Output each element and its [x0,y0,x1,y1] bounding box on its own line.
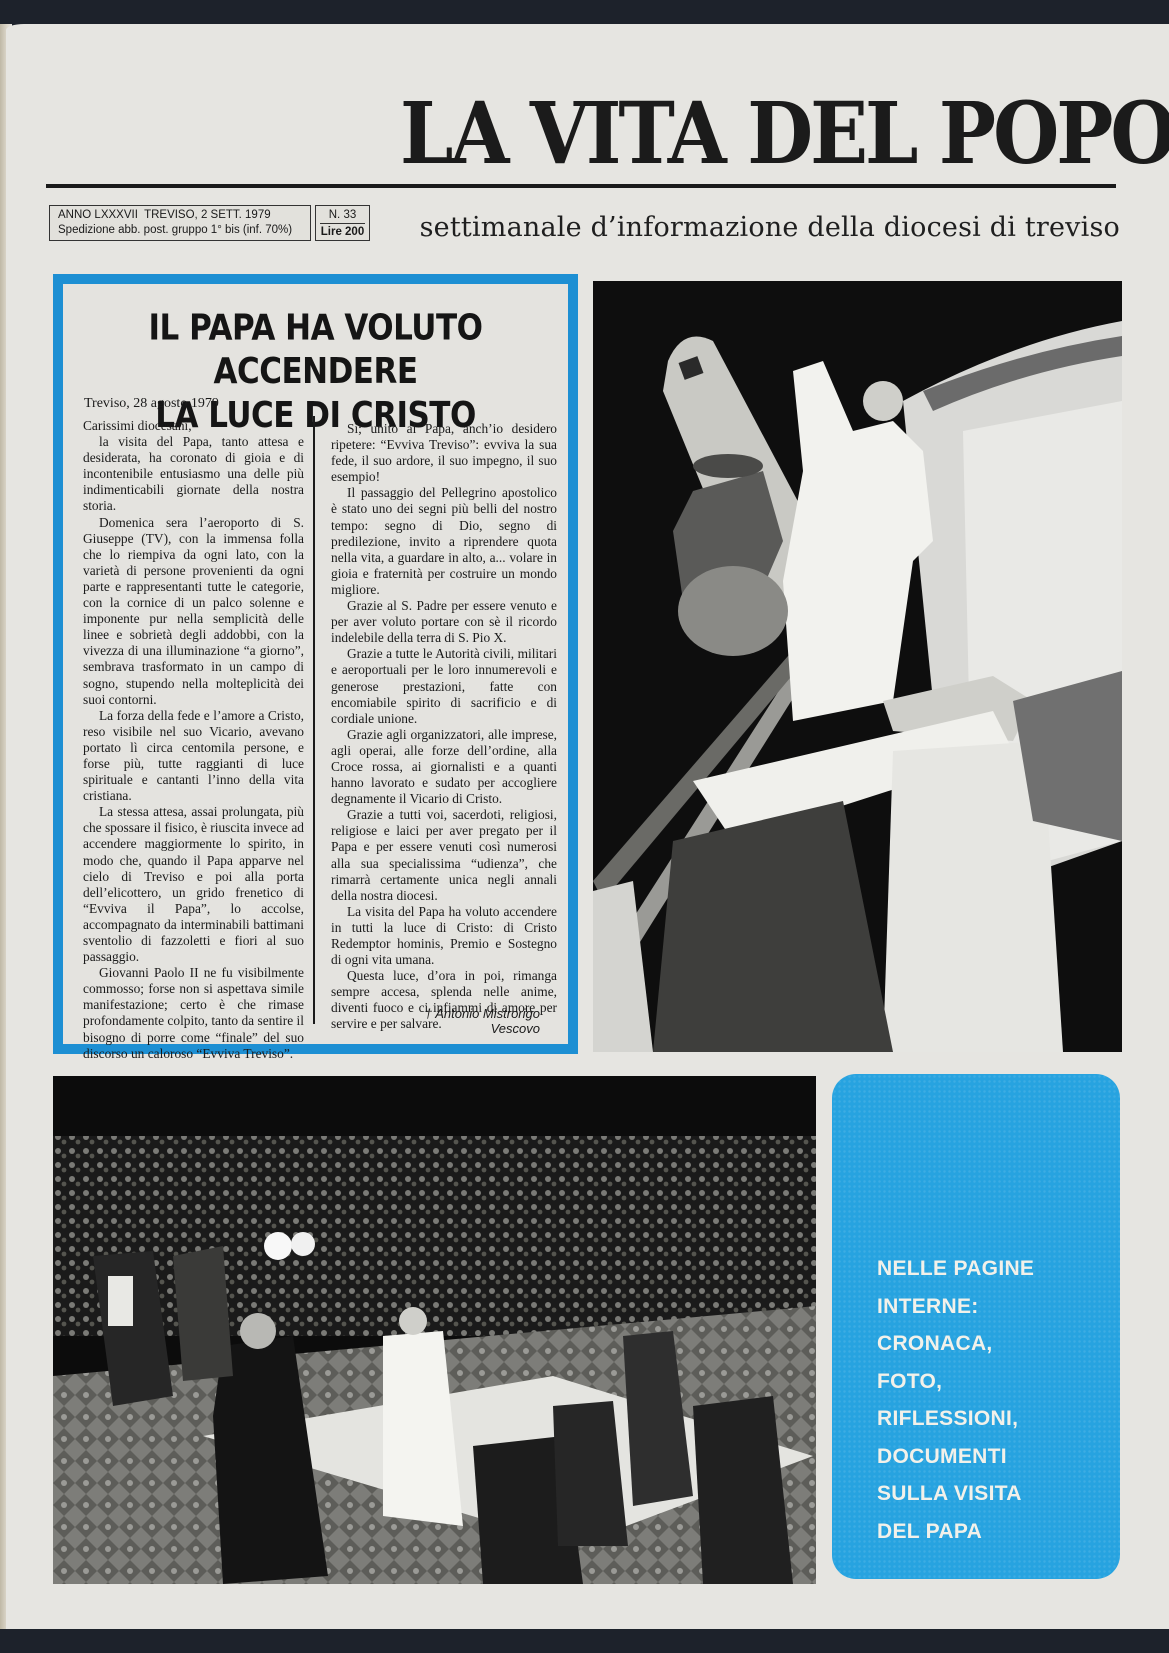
paragraph: Il passaggio del Pellegrino apostolico è… [331,485,557,598]
headline-line-1: IL PAPA HA VOLUTO ACCENDERE [63,306,568,393]
promo-line: INTERNE: [877,1288,1034,1326]
article-signature: † Antonio Mistrorigo Vescovo [425,1006,540,1036]
paragraph: Grazie agli organizzatori, alle imprese,… [331,727,557,807]
paragraph: Giovanni Paolo II ne fu visibilmente com… [83,965,304,1062]
promo-line: RIFLESSIONI, [877,1400,1034,1438]
issue-number: N. 33 [320,207,365,224]
column-divider [313,416,315,1024]
issue-price: Lire 200 [316,224,369,240]
promo-line: CRONACA, [877,1325,1034,1363]
paragraph: Sì; unito al Papa, anch’io desidero ripe… [331,421,557,485]
issue-line-1: ANNO LXXXVII TREVISO, 2 SETT. 1979 [58,208,310,223]
masthead-title: LA VITA DEL POPOLO [400,80,1120,186]
paragraph: Grazie a tutti voi, sacerdoti, religiosi… [331,807,557,904]
paragraph: La forza della fede e l’amore a Cristo, … [83,708,304,805]
promo-line: FOTO, [877,1363,1034,1401]
masthead-rule [46,184,1116,188]
photo-pope-with-crowd-image [53,1076,816,1584]
promo-text: NELLE PAGINE INTERNE: CRONACA, FOTO, RIF… [877,1250,1034,1550]
signature-title: Vescovo [425,1021,540,1036]
paragraph: Grazie al S. Padre per essere venuto e p… [331,598,557,646]
photo-pope-at-aircraft-image [593,281,1122,1052]
salutation: Carissimi diocesani, [83,418,304,434]
article-body: IL PAPA HA VOLUTO ACCENDERE LA LUCE DI C… [63,284,568,1044]
article-column-1: Carissimi diocesani, la visita del Papa,… [83,418,304,1062]
issue-info-box: ANNO LXXXVII TREVISO, 2 SETT. 1979 Spedi… [49,205,311,241]
paragraph: La stessa attesa, assai prolungata, più … [83,804,304,965]
article-column-2: Sì; unito al Papa, anch’io desidero ripe… [331,421,557,1033]
paragraph: La visita del Papa ha voluto accendere i… [331,904,557,968]
paragraph: Domenica sera l’aeroporto di S. Giuseppe… [83,515,304,708]
paragraph: la visita del Papa, tanto attesa e desid… [83,434,304,514]
article-dateline: Treviso, 28 agosto 1979 [84,396,219,412]
inside-pages-promo-box: NELLE PAGINE INTERNE: CRONACA, FOTO, RIF… [832,1074,1120,1579]
masthead-subtitle: settimanale d’informazione della diocesi… [405,212,1120,243]
promo-line: NELLE PAGINE [877,1250,1034,1288]
photo-pope-with-crowd [53,1076,816,1584]
signature-name: † Antonio Mistrorigo [425,1006,540,1021]
promo-line: DOCUMENTI [877,1438,1034,1476]
issue-line-2: Spedizione abb. post. gruppo 1° bis (inf… [58,223,310,238]
promo-line: SULLA VISITA [877,1475,1034,1513]
photo-pope-at-aircraft [593,281,1122,1052]
promo-line: DEL PAPA [877,1513,1034,1551]
issue-number-box: N. 33 Lire 200 [315,205,370,241]
editorial-article: IL PAPA HA VOLUTO ACCENDERE LA LUCE DI C… [53,274,578,1054]
paragraph: Grazie a tutte le Autorità civili, milit… [331,646,557,726]
